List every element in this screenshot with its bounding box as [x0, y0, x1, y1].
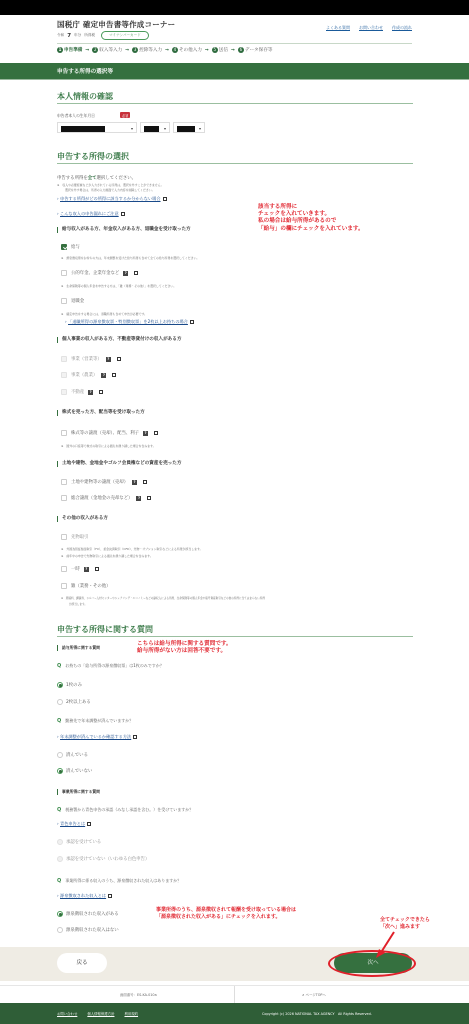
footer-privacy-link[interactable]: 個人情報保護方針	[87, 1011, 114, 1016]
screen-number: 画面番号：ES-KA-010a	[120, 992, 157, 997]
divider	[234, 986, 235, 1004]
birth-day-select[interactable]: ▾	[173, 122, 205, 133]
checkbox-unchecked[interactable]	[61, 479, 67, 485]
external-link-icon	[95, 567, 99, 571]
birth-month-select[interactable]: ▾	[140, 122, 170, 133]
stocks-group-heading: 株式を売った方、配当等を受け取った方	[57, 410, 145, 416]
checkbox-unchecked[interactable]	[61, 356, 67, 362]
faq-link[interactable]: よくある質問	[326, 25, 350, 31]
zatsu-note-2: が該当します。	[69, 603, 87, 607]
browser-top-bar	[0, 0, 469, 15]
help-icon[interactable]: ?	[88, 390, 93, 395]
radio-unselected[interactable]	[57, 752, 63, 758]
taishoku-multiple-link[interactable]: › 「退職所得の源泉徴収票・特別徴収票」を2枚以上お持ちの場合	[65, 319, 194, 325]
external-link-icon	[134, 271, 138, 275]
external-link-icon	[112, 373, 116, 377]
question-icon: Q	[57, 718, 61, 724]
footer-terms-link[interactable]: 利用規約	[124, 1011, 138, 1016]
checkbox-ichiji[interactable]: 一時 ?	[61, 566, 99, 572]
era-prefix: 令和	[57, 33, 64, 38]
external-link-icon	[108, 894, 112, 898]
radio-not-approved[interactable]: 承認を受けていない（いわゆる白色申告）	[57, 856, 149, 862]
page-top-link[interactable]: ∧ ページTOPへ	[302, 992, 326, 997]
checkbox-unchecked[interactable]	[61, 389, 67, 395]
business-questions-heading: 事業所得に関する質問	[57, 789, 100, 795]
band-underline	[0, 79, 469, 80]
kyuyo-note: ※ 源泉徴収票をお持ちの方は、年末調整を受けた給与所得も含めて全ての給与所得を選…	[61, 256, 199, 260]
annotation-salary-questions: こちらは給与所得に関する質問です。 給与所得がない方は回答不要です。	[137, 641, 232, 655]
salary-q1: Qお持ちの「給与所得の源泉徴収票」は1枚のみですか？	[57, 663, 164, 669]
radio-selected[interactable]	[57, 768, 63, 774]
birthdate-label: 申告者本人の生年月日	[57, 113, 95, 119]
zatsu-note-1: ※ 原稿料、講演料、シルバー人材センターやシェアリング・エコノミーなどの副収入に…	[61, 597, 265, 601]
checkbox-unchecked[interactable]	[61, 430, 67, 436]
back-button[interactable]: 戻る	[57, 953, 107, 973]
help-icon[interactable]: ?	[101, 373, 106, 378]
stocks-note: ※ 国外の口座等で株式の取引による損失を繰り越した場合を含みます。	[61, 444, 156, 448]
year-end-adjust-link[interactable]: › 年末調整が済んでいるか確認する方法	[57, 734, 137, 740]
arrow-icon: →	[85, 48, 89, 53]
withholding-link[interactable]: › 源泉徴収された収入とは	[57, 893, 112, 899]
page-title-band: 申告する所得の選択等	[0, 63, 469, 79]
radio-selected[interactable]	[57, 682, 63, 688]
radio-unselected[interactable]	[57, 699, 63, 705]
footer-links: お問い合わせ 個人情報保護方針 利用規約	[57, 1011, 138, 1016]
radio-one-slip[interactable]: 1枚のみ	[57, 682, 82, 688]
income-select-heading: 申告する所得の選択	[57, 151, 129, 162]
birth-era-year-select[interactable]: ▾	[57, 122, 137, 133]
section-divider	[57, 636, 413, 637]
checkbox-tochi-tatemono[interactable]: 土地や建物等の譲渡（売却） ?	[61, 479, 147, 485]
mynumber-card-badge: マイナンバーカード	[101, 31, 149, 40]
help-icon[interactable]: ?	[106, 357, 111, 362]
radio-multiple-slips[interactable]: 2枚以上ある	[57, 699, 91, 705]
external-link-icon	[154, 431, 158, 435]
checkbox-unchecked[interactable]	[61, 270, 67, 276]
help-icon[interactable]: ?	[132, 480, 137, 485]
redacted-value	[61, 126, 105, 132]
radio-unselected[interactable]	[57, 839, 63, 845]
copyright: Copyright (c) 2026 NATIONAL TAX AGENCY A…	[262, 1011, 372, 1016]
chevron-down-icon: ▾	[199, 126, 201, 131]
external-link-icon	[163, 197, 167, 201]
redacted-value	[177, 126, 195, 132]
income-select-note-1: ※ 収入や必要経費などが入力されている所得は、選択を外すことができません。	[57, 183, 164, 187]
tax-year: 7	[67, 33, 71, 39]
checkbox-sakimono[interactable]: 先物取引	[61, 534, 89, 540]
question-icon: Q	[57, 807, 61, 813]
annotation-select-income: 該当する所得に チェックを入れていきます。 私の場合は給与所得があるので 「給与…	[258, 204, 364, 233]
help-icon[interactable]: ?	[143, 431, 148, 436]
question-icon: Q	[57, 878, 61, 884]
flow-link[interactable]: 作成の流れ	[392, 25, 412, 31]
step-5: 5送信	[212, 47, 228, 53]
tax-year-row: 令和 7 年分 所得税 マイナンバーカード	[57, 31, 149, 40]
futures-note-2: ※ 前年中の申告で先物取引による損失を繰り越した場合を含みます。	[61, 554, 153, 558]
annotation-withholding: 事業所得のうち、源泉徴収されて報酬を受け取っている場合は 「源泉徴収された収入が…	[156, 907, 296, 920]
business-q1: Q税務署から青色申告の承認（みなし承認を含む。）を受けていますか？	[57, 807, 193, 813]
salary-q2: Q勤務先で年末調整が済んでいますか？	[57, 718, 133, 724]
chevron-down-icon: ▾	[164, 126, 166, 131]
radio-adjusted[interactable]: 済んでいる	[57, 752, 88, 758]
checkbox-unchecked[interactable]	[61, 495, 67, 501]
checkbox-fudosan[interactable]: 不動産 ?	[61, 389, 103, 395]
external-link-icon	[87, 822, 91, 826]
land-group-heading: 土地や建物、金地金やゴルフ会員権などの資産を売った方	[57, 461, 181, 467]
blue-return-link[interactable]: › 青色申告とは	[57, 821, 91, 827]
contact-link[interactable]: お問い合わせ	[359, 25, 383, 31]
checkbox-unchecked[interactable]	[61, 372, 67, 378]
footer-contact-link[interactable]: お問い合わせ	[57, 1011, 77, 1016]
radio-withheld-no[interactable]: 源泉徴収された収入はない	[57, 927, 119, 933]
checkbox-unchecked[interactable]	[61, 534, 67, 540]
checkbox-nenkin[interactable]: 公的年金、企業年金など ?	[61, 270, 138, 276]
checkbox-unchecked[interactable]	[61, 566, 67, 572]
progress-steps: 1申告準備 → 2収入等入力 → 3控除等入力 → 4その他入力 → 5送信 →…	[57, 47, 272, 53]
checkbox-jigyo-eigyo[interactable]: 事業（営業等） ?	[61, 356, 121, 362]
checkbox-zatsu[interactable]: 雑（業務・その他）	[61, 583, 111, 589]
external-link-icon	[143, 480, 147, 484]
radio-selected[interactable]	[57, 911, 63, 917]
questions-heading: 申告する所得に関する質問	[57, 624, 153, 635]
checkbox-kyuyo[interactable]: 給与	[61, 244, 80, 250]
site-title: 国税庁 確定申告書等作成コーナー	[57, 19, 175, 30]
checkbox-sogo-joto[interactable]: 総合譲渡（金地金の売却など） ?	[61, 495, 151, 501]
checkbox-taishoku[interactable]: 退職金	[61, 298, 84, 304]
salary-group-heading: 給与収入がある方、年金収入がある方、退職金を受け取った方	[57, 227, 191, 233]
radio-approved[interactable]: 承認を受けている	[57, 839, 101, 845]
header-links: よくある質問 お問い合わせ 作成の流れ	[326, 25, 412, 31]
page-title: 申告する所得の選択等	[57, 67, 113, 75]
site-header: 国税庁 確定申告書等作成コーナー 令和 7 年分 所得税 マイナンバーカード よ…	[0, 15, 469, 63]
nenkin-note: ※ 生命保険等の個人年金を申告する方は、「雑（業務・その他）」を選択してください…	[61, 284, 176, 288]
section-divider	[57, 103, 413, 104]
radio-unselected[interactable]	[57, 927, 63, 933]
year-suffix: 年分	[74, 33, 81, 38]
form-type: 所得税	[84, 33, 95, 38]
step-3: 3控除等入力	[132, 47, 162, 53]
income-select-instruction: 申告する所得を全て選択してください。	[57, 175, 136, 181]
taishoku-note: ※ 確定申告をする場合には、退職所得も含めて申告が必要です。	[61, 312, 147, 316]
help-icon[interactable]: ?	[136, 496, 141, 501]
info-row: 画面番号：ES-KA-010a ∧ ページTOPへ	[0, 985, 469, 1003]
arrow-icon: →	[231, 48, 235, 53]
income-select-note-2: 選択を外す場合は、所得の入力画面で入力内容を削除してください。	[65, 188, 155, 192]
section-divider	[57, 163, 413, 164]
annotation-next: 全てチェックできたら 「次へ」進みます	[380, 917, 430, 930]
step-6: 6データ保存等	[238, 47, 273, 53]
other-group-heading: その他の収入がある方	[57, 516, 108, 522]
checkbox-unchecked[interactable]	[61, 583, 67, 589]
radio-not-adjusted[interactable]: 済んでいない	[57, 768, 92, 774]
business-group-heading: 個人事業の収入がある方、不動産等貸付けの収入がある方	[57, 337, 181, 343]
checkbox-kabushiki[interactable]: 株式等の譲渡（売却）、配当、利子 ?	[61, 430, 158, 436]
help-icon[interactable]: ?	[123, 271, 128, 276]
radio-unselected[interactable]	[57, 856, 63, 862]
arrow-icon: →	[205, 48, 209, 53]
identity-heading: 本人情報の確認	[57, 91, 113, 102]
business-q2: Q事業所得に係る収入のうち、源泉徴収された収入はありますか？	[57, 878, 181, 884]
site-footer: お問い合わせ 個人情報保護方針 利用規約 Copyright (c) 2026 …	[0, 1003, 469, 1024]
which-income-link[interactable]: › 申告する所得がどの所得に該当するか分からない場合	[57, 196, 167, 202]
income-caution-link[interactable]: › こんな収入の申告漏れにご注意	[57, 211, 125, 217]
external-link-icon	[133, 735, 137, 739]
step-1: 1申告準備	[57, 47, 82, 53]
salary-questions-heading: 給与所得に関する質問	[57, 645, 100, 651]
checkbox-checked[interactable]	[61, 244, 67, 250]
checkbox-unchecked[interactable]	[61, 298, 67, 304]
step-4: 4その他入力	[172, 47, 202, 53]
external-link-icon	[147, 496, 151, 500]
help-icon[interactable]: ?	[84, 567, 89, 572]
external-link-icon	[117, 357, 121, 361]
annotation-arrow-icon	[370, 930, 400, 960]
header-divider	[57, 43, 412, 44]
checkbox-jigyo-nogyo[interactable]: 事業（農業） ?	[61, 372, 116, 378]
arrow-icon: →	[125, 48, 129, 53]
chevron-down-icon: ▾	[131, 126, 133, 131]
required-badge: 必須	[120, 112, 130, 118]
futures-note-1: ※ 外国為替証拠金取引（FX）、差金決済取引（CFD）、先物・オプション取引など…	[61, 547, 203, 551]
question-icon: Q	[57, 663, 61, 669]
step-2: 2収入等入力	[92, 47, 122, 53]
radio-withheld-yes[interactable]: 源泉徴収された収入がある	[57, 911, 119, 917]
external-link-icon	[121, 212, 125, 216]
arrow-icon: →	[165, 48, 169, 53]
redacted-value	[144, 126, 159, 132]
external-link-icon	[99, 390, 103, 394]
external-link-icon	[190, 320, 194, 324]
